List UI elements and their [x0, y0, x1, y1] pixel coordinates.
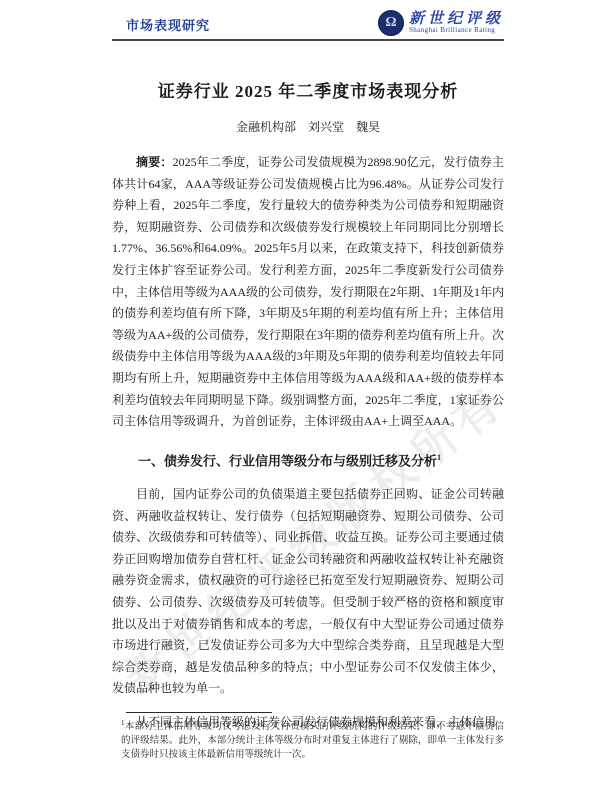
document-page: 新世纪评级版权所有 市场表现研究 Ω 新世纪评级 Shanghai Brilli… [0, 0, 600, 800]
abstract-paragraph: 摘要：2025年二季度，证券公司发债规模为2898.90亿元，发行债券主体共计6… [112, 152, 504, 433]
abstract-label: 摘要： [136, 155, 173, 169]
brand-wordmark: 新世纪评级 Shanghai Brilliance Rating [409, 11, 504, 35]
footnote: 1本部分主体信用等级均仅考虑发行人付费模式的评级机构的评级结果，即不考虑中债资信… [112, 717, 504, 763]
abstract-text: 2025年二季度，证券公司发债规模为2898.90亿元，发行债券主体共计64家，… [112, 155, 504, 428]
brand-name-en: Shanghai Brilliance Rating [409, 27, 504, 35]
byline-authors: 金融机构部 刘兴堂 魏昊 [112, 118, 504, 135]
section-heading: 一、债券发行、行业信用等级分布与级别迁移及分析1 [112, 447, 504, 472]
report-title: 证券行业 2025 年二季度市场表现分析 [112, 77, 504, 102]
section-heading-footnote-ref: 1 [437, 453, 441, 462]
column-label: 市场表现研究 [126, 15, 210, 36]
page-content: 市场表现研究 Ω 新世纪评级 Shanghai Brilliance Ratin… [112, 0, 504, 734]
footnote-separator-rule [126, 712, 272, 713]
brand-logo: Ω 新世纪评级 Shanghai Brilliance Rating [378, 10, 504, 36]
brand-name-cn: 新世纪评级 [409, 11, 504, 28]
footnote-text: 本部分主体信用等级均仅考虑发行人付费模式的评级机构的评级结果，即不考虑中债资信的… [121, 722, 504, 760]
section-heading-text: 一、债券发行、行业信用等级分布与级别迁移及分析 [138, 453, 437, 468]
body-paragraph: 目前，国内证券公司的负债渠道主要包括债券正回购、证金公司转融资、两融收益权转让、… [112, 484, 504, 700]
page-header: 市场表现研究 Ω 新世纪评级 Shanghai Brilliance Ratin… [112, 10, 504, 41]
footnote-area: 1本部分主体信用等级均仅考虑发行人付费模式的评级机构的评级结果，即不考虑中债资信… [112, 712, 504, 763]
brand-seal-icon: Ω [378, 10, 404, 36]
